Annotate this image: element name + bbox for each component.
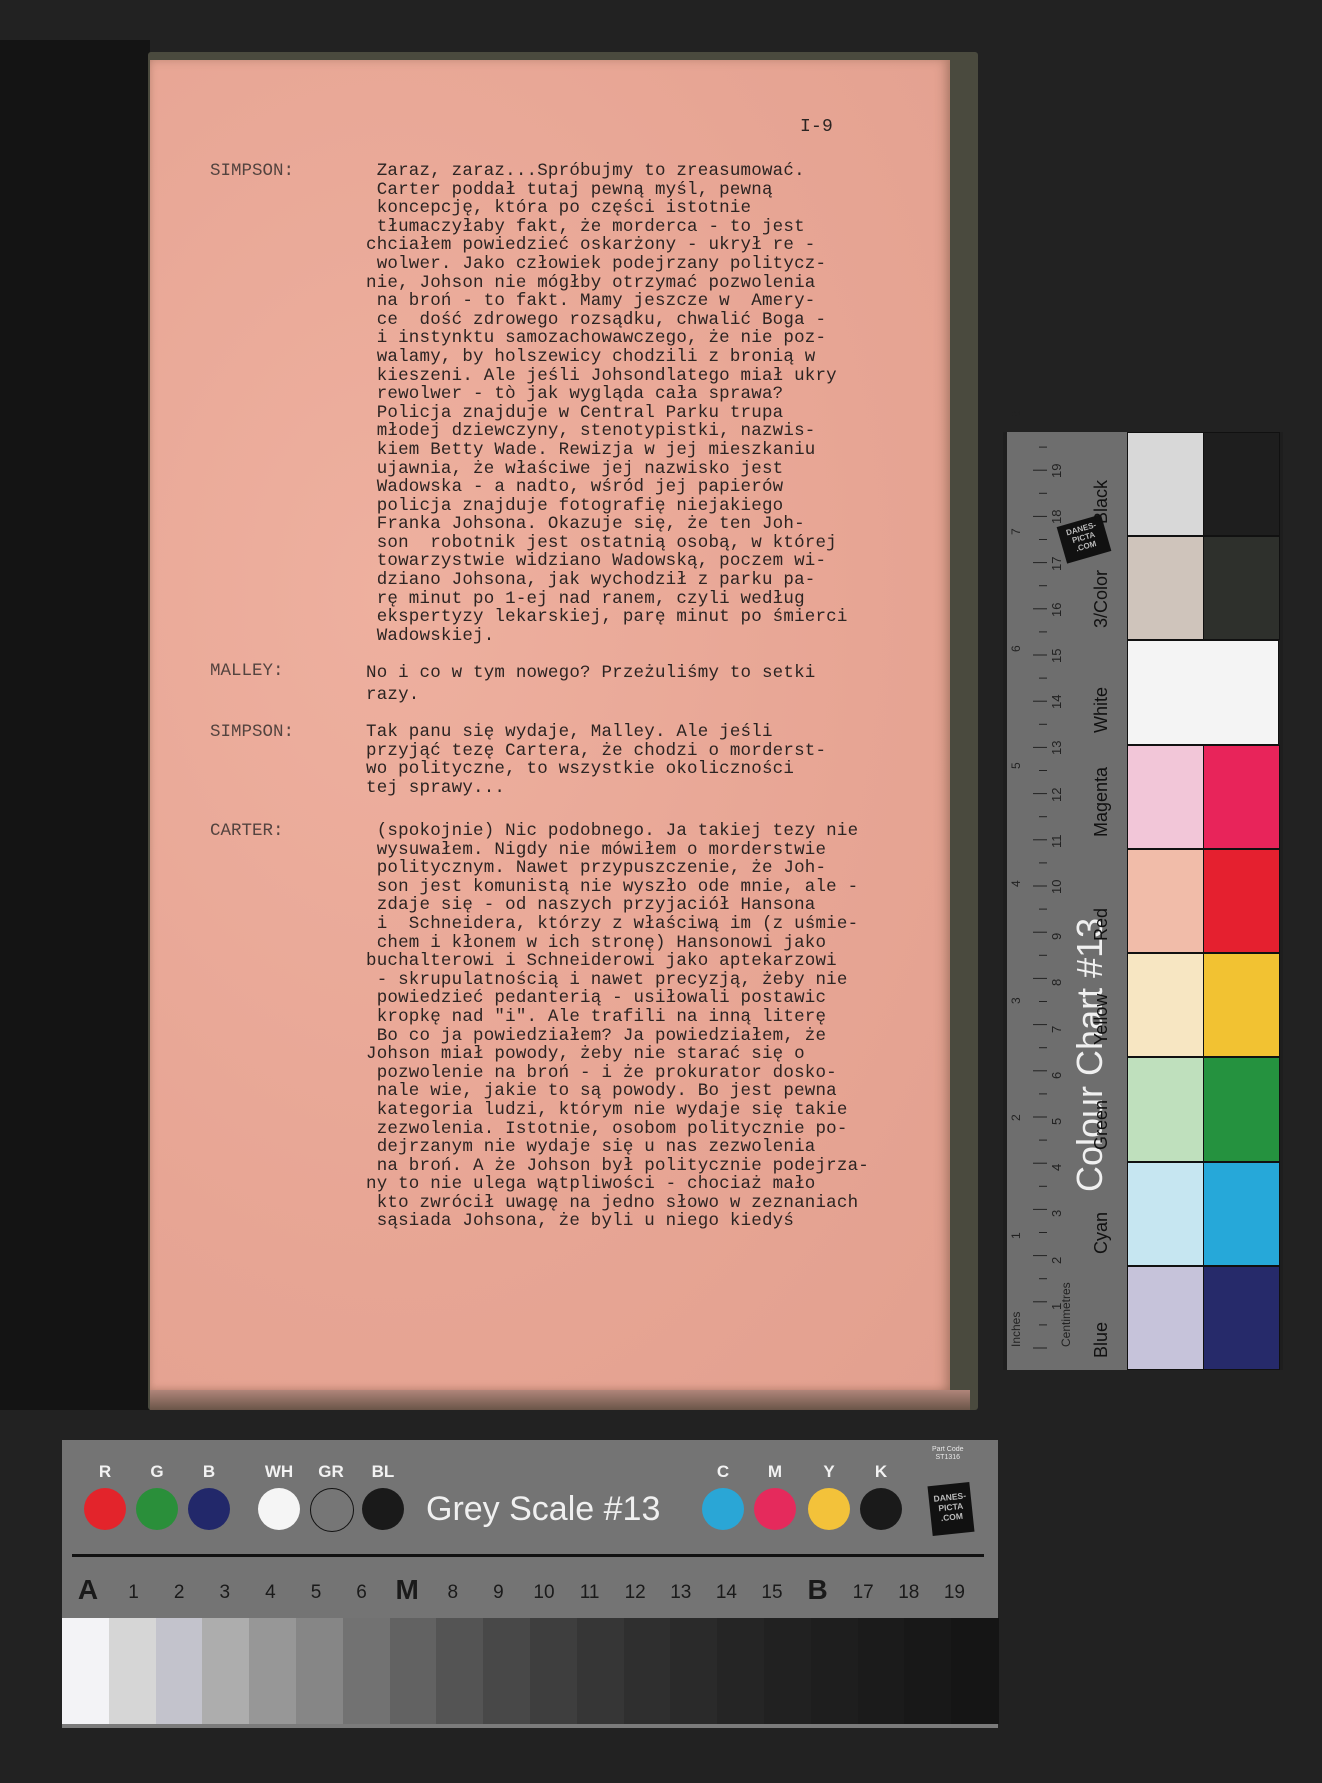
colour-swatch — [1203, 536, 1280, 640]
colour-swatch — [1127, 1162, 1204, 1266]
colour-dot — [310, 1488, 354, 1532]
colour-swatch — [1127, 1057, 1204, 1161]
inch-mark: 4 — [1009, 880, 1023, 887]
colour-dot — [808, 1488, 850, 1530]
cm-mark: 13 — [1049, 741, 1064, 755]
cm-mark: 19 — [1049, 464, 1064, 478]
background-left-board — [0, 40, 150, 1410]
colour-swatch — [1203, 1162, 1280, 1266]
dialogue-text: Tak panu się wydaje, Malley. Ale jeśli p… — [366, 723, 826, 797]
colour-swatch — [1127, 745, 1204, 849]
cm-mark: 16 — [1049, 602, 1064, 616]
grey-step-label: 19 — [934, 1582, 974, 1604]
colour-swatch — [1203, 432, 1280, 536]
colour-dot — [136, 1488, 178, 1530]
grey-step-label: 3 — [205, 1582, 245, 1604]
colour-swatch — [1127, 849, 1204, 953]
grey-step — [62, 1618, 110, 1724]
cm-mark: 14 — [1049, 695, 1064, 709]
dialogue-text: No i co w tym nowego? Przeżuliśmy to set… — [366, 662, 815, 706]
colour-swatch — [1203, 745, 1280, 849]
grey-step-label: 10 — [524, 1582, 564, 1604]
page-bottom-edge — [150, 1390, 970, 1410]
cm-mark: 8 — [1049, 979, 1064, 986]
dot-label: B — [187, 1462, 231, 1482]
grey-scale-card: RGBWHGRBLCMYK Grey Scale #13 Part Code S… — [62, 1440, 998, 1728]
inch-mark: 8 — [1009, 411, 1023, 418]
cm-mark: 1 — [1049, 1303, 1064, 1310]
colour-swatch — [1127, 640, 1279, 744]
danes-picta-logo: DANES-PICTA .COM — [928, 1482, 975, 1536]
dialogue-text: (spokojnie) Nic podobnego. Ja takiej tez… — [366, 822, 869, 1231]
grey-step-label: 9 — [478, 1582, 518, 1604]
colour-chart: Colour Chart #13 Inches Centimetres DANE… — [1003, 432, 1283, 1370]
grey-step-label: 17 — [843, 1582, 883, 1604]
cm-mark: 6 — [1049, 1072, 1064, 1079]
grey-step — [390, 1618, 438, 1724]
speaker-label: CARTER: — [210, 822, 284, 841]
grey-step-label: A — [68, 1574, 108, 1606]
speaker-label: SIMPSON: — [210, 723, 294, 742]
grey-step — [858, 1618, 906, 1724]
grey-step-label: 13 — [661, 1582, 701, 1604]
colour-swatch — [1203, 953, 1280, 1057]
dot-label: M — [753, 1462, 797, 1482]
grey-step — [296, 1618, 344, 1724]
speaker-label: SIMPSON: — [210, 162, 294, 181]
inch-mark: 7 — [1009, 528, 1023, 535]
grey-step — [951, 1618, 999, 1724]
cm-mark: 4 — [1049, 1164, 1064, 1171]
part-code-value: ST1316 — [932, 1454, 964, 1462]
colour-chart-title: Colour Chart #13 — [1069, 918, 1111, 1192]
colour-swatch — [1203, 1266, 1280, 1370]
colour-row-label: Black — [1091, 480, 1112, 524]
grey-step-label: 6 — [342, 1582, 382, 1604]
inch-mark: 3 — [1009, 997, 1023, 1004]
cm-mark: 17 — [1049, 556, 1064, 570]
part-code: Part Code ST1316 — [932, 1446, 964, 1462]
colour-dot — [860, 1488, 902, 1530]
colour-swatch — [1127, 432, 1204, 536]
inch-mark: 5 — [1009, 763, 1023, 770]
grey-step-label: B — [798, 1574, 838, 1606]
grey-step — [156, 1618, 204, 1724]
grey-step — [343, 1618, 391, 1724]
grey-step-label: 4 — [250, 1582, 290, 1604]
cm-mark: 18 — [1049, 510, 1064, 524]
colour-dot — [188, 1488, 230, 1530]
cm-mark: 12 — [1049, 787, 1064, 801]
colour-row-label: Blue — [1091, 1322, 1112, 1358]
divider-line — [72, 1554, 984, 1557]
grey-step-label: 5 — [296, 1582, 336, 1604]
grey-step-label: 11 — [570, 1582, 610, 1604]
grey-step — [811, 1618, 859, 1724]
grey-step-label: 14 — [706, 1582, 746, 1604]
grey-scale-title: Grey Scale #13 — [426, 1490, 660, 1529]
colour-swatch — [1127, 953, 1204, 1057]
cm-mark: 3 — [1049, 1210, 1064, 1217]
colour-row-label: White — [1091, 687, 1112, 733]
grey-step — [577, 1618, 625, 1724]
part-code-label: Part Code — [932, 1446, 964, 1454]
colour-row-label: Magenta — [1091, 767, 1112, 837]
grey-step-label: 2 — [159, 1582, 199, 1604]
grey-step-label: 12 — [615, 1582, 655, 1604]
grey-step-label: M — [387, 1574, 427, 1606]
grey-step-label: 1 — [114, 1582, 154, 1604]
colour-dot — [362, 1488, 404, 1530]
cm-mark: 2 — [1049, 1256, 1064, 1263]
grey-step — [717, 1618, 765, 1724]
dot-label: WH — [257, 1462, 301, 1482]
colour-swatch — [1127, 536, 1204, 640]
colour-row-label: 3/Color — [1091, 570, 1112, 628]
ruler-ticks — [1007, 432, 1047, 1370]
inch-mark: 6 — [1009, 645, 1023, 652]
colour-dot — [258, 1488, 300, 1530]
cm-mark: 5 — [1049, 1118, 1064, 1125]
dot-label: R — [83, 1462, 127, 1482]
grey-step — [202, 1618, 250, 1724]
grey-step-label: 18 — [889, 1582, 929, 1604]
dialogue-text: Zaraz, zaraz...Spróbujmy to zreasumować.… — [366, 162, 848, 645]
grey-step — [436, 1618, 484, 1724]
grey-step-label: 8 — [433, 1582, 473, 1604]
colour-row-label: Cyan — [1091, 1212, 1112, 1254]
speaker-label: MALLEY: — [210, 662, 284, 681]
cm-mark: 11 — [1049, 834, 1064, 848]
cm-mark: 15 — [1049, 649, 1064, 663]
cm-mark: 10 — [1049, 880, 1064, 894]
colour-swatch — [1203, 849, 1280, 953]
grey-step — [483, 1618, 531, 1724]
colour-swatch — [1203, 1057, 1280, 1161]
dot-label: G — [135, 1462, 179, 1482]
colour-dot — [702, 1488, 744, 1530]
grey-step — [904, 1618, 952, 1724]
colour-row-label: Green — [1091, 1100, 1112, 1150]
ruler-unit-inches: Inches — [1009, 1312, 1023, 1347]
ruler-unit-centimetres: Centimetres — [1059, 1282, 1073, 1347]
inch-mark: 2 — [1009, 1115, 1023, 1122]
colour-dot — [754, 1488, 796, 1530]
colour-row-label: Red — [1091, 908, 1112, 941]
colour-dot — [84, 1488, 126, 1530]
grey-step — [764, 1618, 812, 1724]
dot-label: BL — [361, 1462, 405, 1482]
grey-step — [670, 1618, 718, 1724]
colour-row-label: Yellow — [1091, 994, 1112, 1045]
grey-step — [249, 1618, 297, 1724]
page-number: I-9 — [800, 118, 833, 137]
grey-step — [530, 1618, 578, 1724]
inch-mark: 1 — [1009, 1232, 1023, 1239]
dot-label: K — [859, 1462, 903, 1482]
colour-swatch — [1127, 1266, 1204, 1370]
dot-label: Y — [807, 1462, 851, 1482]
dot-label: GR — [309, 1462, 353, 1482]
cm-mark: 9 — [1049, 933, 1064, 940]
grey-step — [624, 1618, 672, 1724]
grey-step — [109, 1618, 157, 1724]
dot-label: C — [701, 1462, 745, 1482]
grey-step-label: 15 — [752, 1582, 792, 1604]
cm-mark: 7 — [1049, 1025, 1064, 1032]
